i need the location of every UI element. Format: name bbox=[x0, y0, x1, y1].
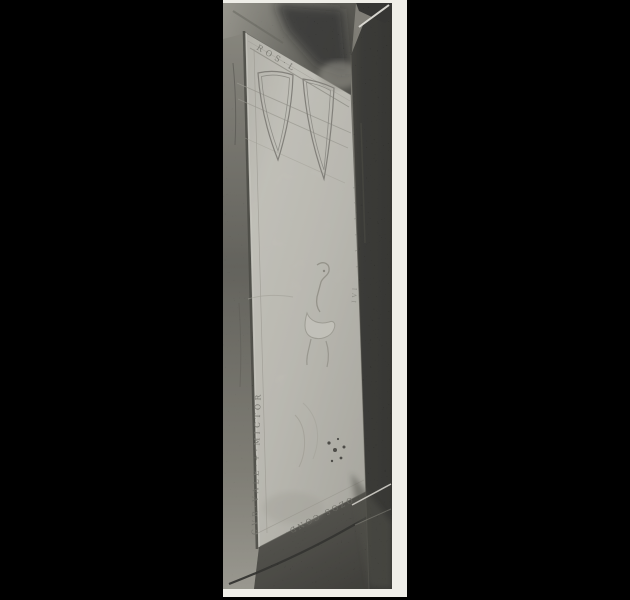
photo-canvas: ROS·L CVR·VALE·+·MICTOR OZOS·COND· IVI bbox=[0, 0, 630, 600]
film-grain bbox=[223, 3, 392, 589]
photograph-print: ROS·L CVR·VALE·+·MICTOR OZOS·COND· IVI bbox=[223, 0, 407, 597]
photograph-image: ROS·L CVR·VALE·+·MICTOR OZOS·COND· IVI bbox=[223, 3, 392, 589]
